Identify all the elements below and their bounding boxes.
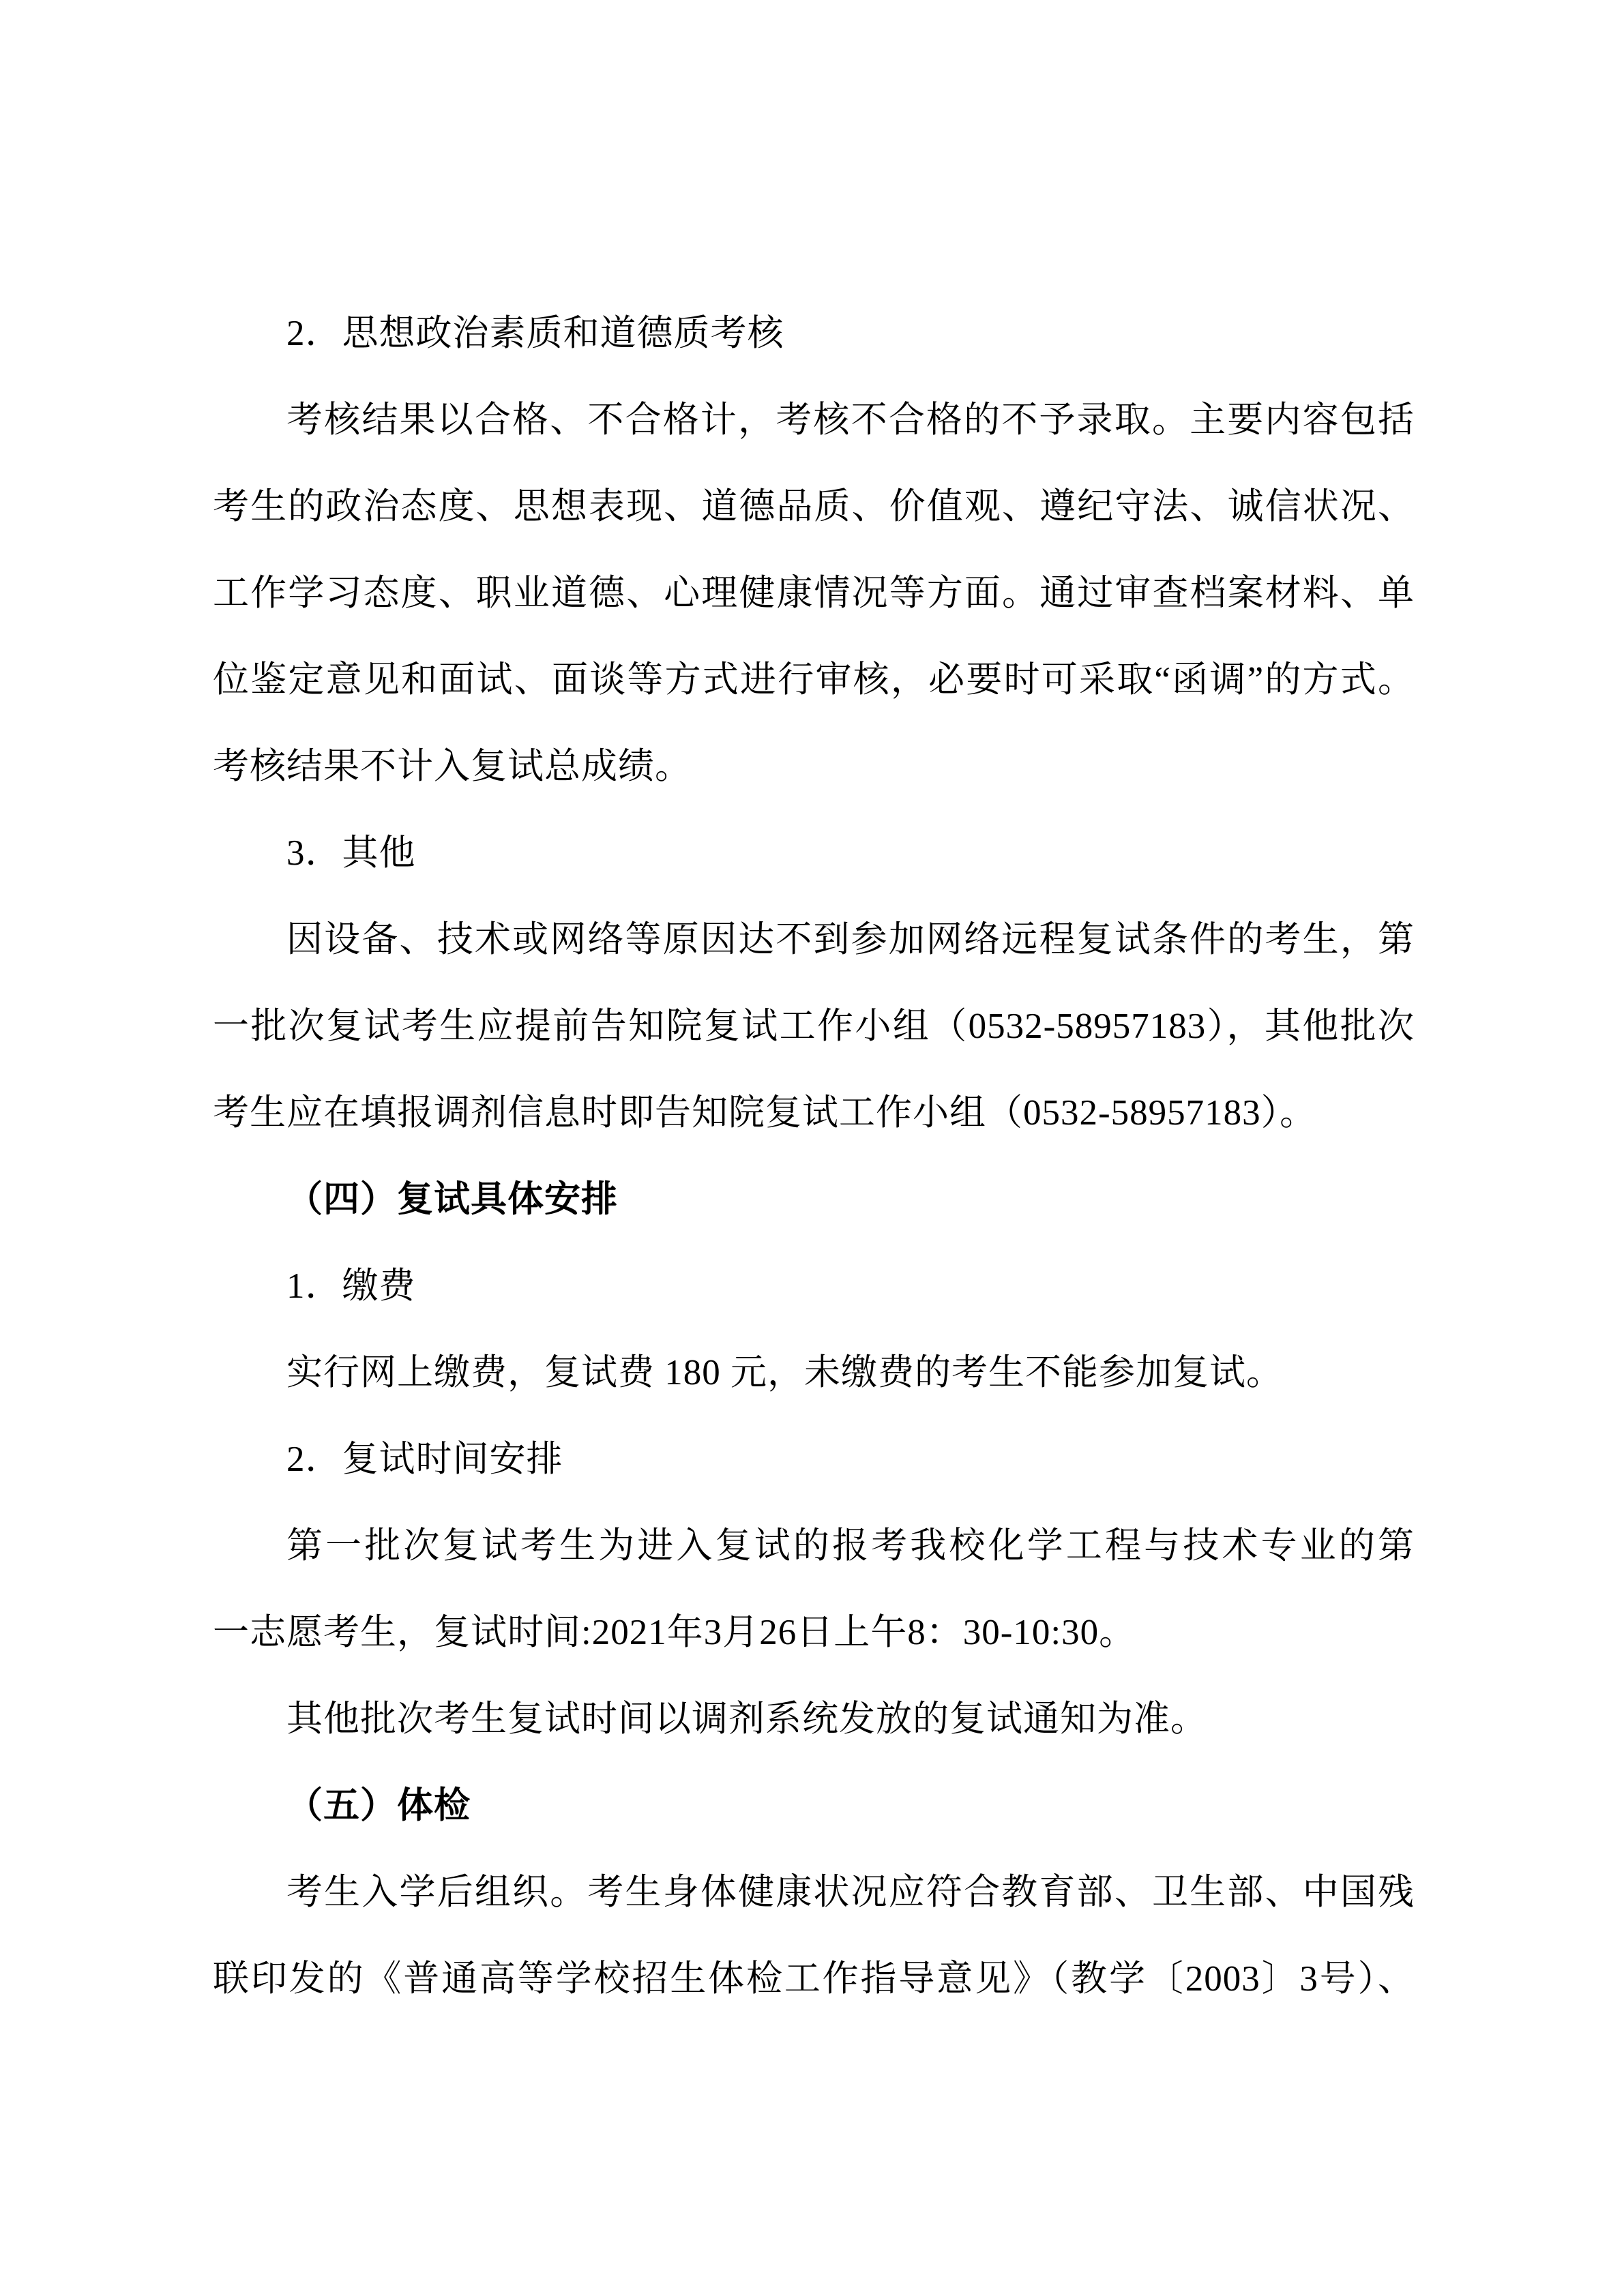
text-line: 考核结果不计入复试总成绩。 [213, 724, 1415, 810]
section-heading-line: （四）复试具体安排 [213, 1157, 1415, 1243]
text-line: 考核结果以合格、不合格计，考核不合格的不予录取。主要内容包括 [213, 377, 1415, 464]
text-line: 3．其他 [213, 810, 1415, 897]
text-line: 因设备、技术或网络等原因达不到参加网络远程复试条件的考生，第 [213, 897, 1415, 983]
text-line: 一批次复试考生应提前告知院复试工作小组（0532-58957183），其他批次 [213, 983, 1415, 1070]
text-line: 联印发的《普通高等学校招生体检工作指导意见》（教学〔2003〕3号）、 [213, 1936, 1415, 2023]
text-line: 一志愿考生，复试时间:2021年3月26日上午8：30-10:30。 [213, 1590, 1415, 1676]
text-line: 位鉴定意见和面试、面谈等方式进行审核，必要时可采取“函调”的方式。 [213, 637, 1415, 724]
text-line: 考生应在填报调剂信息时即告知院复试工作小组（0532-58957183）。 [213, 1070, 1415, 1157]
document-body: 2．思想政治素质和道德质考核考核结果以合格、不合格计，考核不合格的不予录取。主要… [213, 290, 1415, 2023]
text-line: 考生入学后组织。考生身体健康状况应符合教育部、卫生部、中国残 [213, 1849, 1415, 1936]
text-line: 其他批次考生复试时间以调剂系统发放的复试通知为准。 [213, 1676, 1415, 1763]
text-line: 考生的政治态度、思想表现、道德品质、价值观、遵纪守法、诚信状况、 [213, 464, 1415, 550]
document-page: 2．思想政治素质和道德质考核考核结果以合格、不合格计，考核不合格的不予录取。主要… [0, 0, 1624, 2296]
section-heading-line: （五）体检 [213, 1763, 1415, 1849]
text-line: 2．思想政治素质和道德质考核 [213, 290, 1415, 377]
text-line: 1．缴费 [213, 1243, 1415, 1330]
text-line: 工作学习态度、职业道德、心理健康情况等方面。通过审查档案材料、单 [213, 550, 1415, 637]
text-line: 实行网上缴费，复试费 180 元，未缴费的考生不能参加复试。 [213, 1330, 1415, 1416]
text-line: 第一批次复试考生为进入复试的报考我校化学工程与技术专业的第 [213, 1503, 1415, 1590]
text-line: 2．复试时间安排 [213, 1416, 1415, 1503]
